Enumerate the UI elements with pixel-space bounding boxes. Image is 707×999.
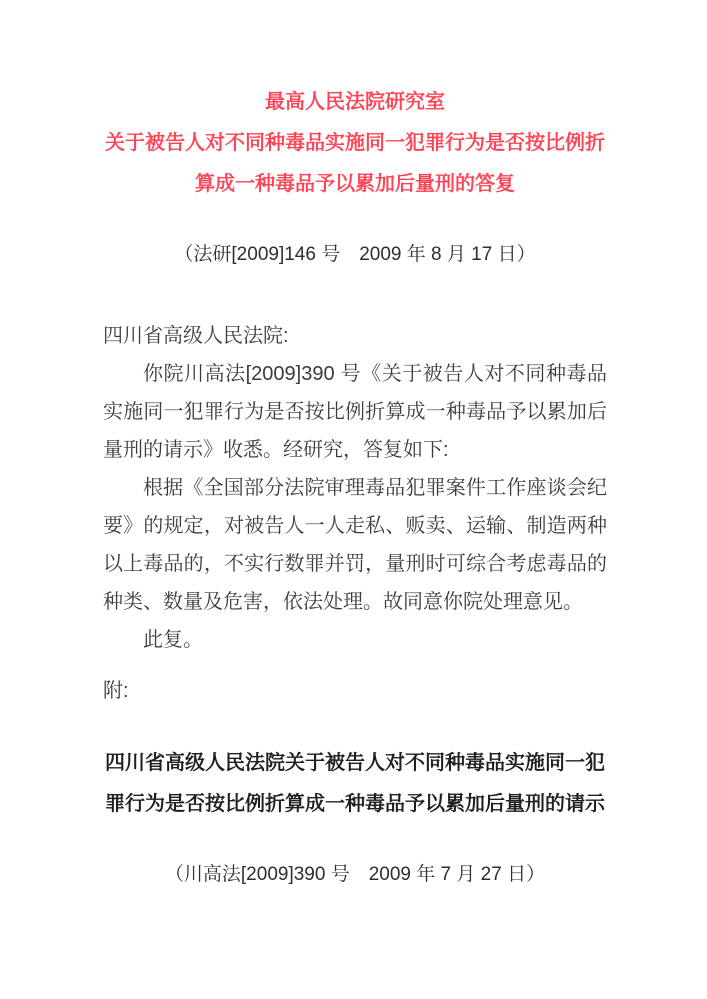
document-title-line-1: 最高人民法院研究室: [103, 82, 607, 123]
document-title: 最高人民法院研究室 关于被告人对不同种毒品实施同一犯罪行为是否按比例折 算成一种…: [103, 82, 607, 205]
document-title-line-3: 算成一种毒品予以累加后量刑的答复: [103, 164, 607, 205]
attachment-title-line-1: 四川省高级人民法院关于被告人对不同种毒品实施同一犯: [103, 743, 607, 784]
closing-line: 此复。: [103, 621, 607, 659]
salutation: 四川省高级人民法院:: [103, 317, 607, 355]
body-paragraph-1: 你院川高法[2009]390 号《关于被告人对不同种毒品实施同一犯罪行为是否按比…: [103, 355, 607, 469]
document-number-date: （法研[2009]146 号 2009 年 8 月 17 日）: [103, 235, 607, 275]
attachment-title: 四川省高级人民法院关于被告人对不同种毒品实施同一犯 罪行为是否按比例折算成一种毒…: [103, 743, 607, 825]
attachment-title-line-2: 罪行为是否按比例折算成一种毒品予以累加后量刑的请示: [103, 784, 607, 825]
attachment-number-date: （川高法[2009]390 号 2009 年 7 月 27 日）: [103, 855, 607, 895]
document-title-line-2: 关于被告人对不同种毒品实施同一犯罪行为是否按比例折: [103, 123, 607, 164]
attachment-label: 附:: [103, 672, 607, 710]
body-paragraph-2: 根据《全国部分法院审理毒品犯罪案件工作座谈会纪要》的规定，对被告人一人走私、贩卖…: [103, 469, 607, 621]
document-page: 最高人民法院研究室 关于被告人对不同种毒品实施同一犯罪行为是否按比例折 算成一种…: [0, 0, 707, 999]
